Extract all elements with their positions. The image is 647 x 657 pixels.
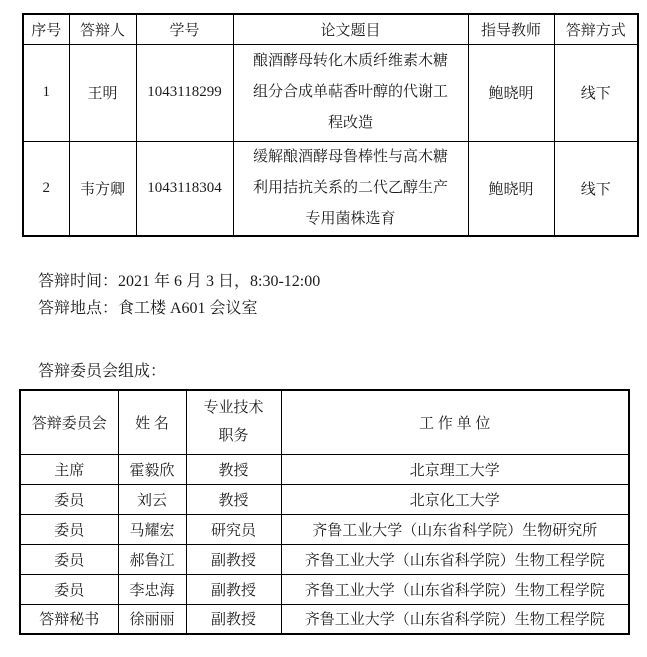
cell-work-unit: 齐鲁工业大学（山东省科学院）生物工程学院 [281, 544, 629, 574]
header-defender: 答辩人 [69, 14, 136, 44]
cell-defender: 王明 [69, 44, 136, 141]
header-student-id: 学号 [136, 14, 233, 44]
header-advisor: 指导教师 [468, 14, 554, 44]
cell-work-unit: 北京理工大学 [281, 454, 629, 484]
cell-name: 徐丽丽 [118, 604, 186, 634]
committee-row: 委员 郝鲁江 副教授 齐鲁工业大学（山东省科学院）生物工程学院 [20, 544, 629, 574]
document-page: 序号 答辩人 学号 论文题目 指导教师 答辩方式 1 王明 1043118299… [0, 0, 647, 657]
cell-thesis-title: 缓解酿酒酵母鲁棒性与高木糖利用拮抗关系的二代乙醇生产专用菌株选育 [233, 141, 468, 236]
cell-rank: 教授 [186, 484, 281, 514]
cell-name: 霍毅欣 [118, 454, 186, 484]
committee-row: 主席 霍毅欣 教授 北京理工大学 [20, 454, 629, 484]
committee-heading: 答辩委员会组成： [38, 363, 166, 381]
committee-row: 答辩秘书 徐丽丽 副教授 齐鲁工业大学（山东省科学院）生物工程学院 [20, 604, 629, 634]
cell-defense-mode: 线下 [554, 141, 638, 236]
header-thesis-title: 论文题目 [233, 14, 468, 44]
committee-row: 委员 马耀宏 研究员 齐鲁工业大学（山东省科学院）生物研究所 [20, 514, 629, 544]
cell-advisor: 鲍晓明 [468, 44, 554, 141]
header-serial: 序号 [23, 14, 69, 44]
cell-role: 委员 [20, 574, 118, 604]
cell-work-unit: 齐鲁工业大学（山东省科学院）生物工程学院 [281, 574, 629, 604]
cell-rank: 副教授 [186, 544, 281, 574]
cell-defender: 韦方卿 [69, 141, 136, 236]
header-member-name: 姓 名 [118, 390, 186, 454]
committee-row: 委员 刘云 教授 北京化工大学 [20, 484, 629, 514]
defense-location-line: 答辩地点：食工楼 A601 会议室 [38, 300, 258, 318]
cell-role: 主席 [20, 454, 118, 484]
cell-student-id: 1043118304 [136, 141, 233, 236]
schedule-header-row: 序号 答辩人 学号 论文题目 指导教师 答辩方式 [23, 14, 638, 44]
cell-serial: 2 [23, 141, 69, 236]
header-committee-role: 答辩委员会 [20, 390, 118, 454]
cell-rank: 副教授 [186, 604, 281, 634]
committee-header-row: 答辩委员会 姓 名 专业技术 职务 工 作 单 位 [20, 390, 629, 454]
cell-role: 委员 [20, 544, 118, 574]
cell-serial: 1 [23, 44, 69, 141]
cell-work-unit: 齐鲁工业大学（山东省科学院）生物工程学院 [281, 604, 629, 634]
cell-rank: 副教授 [186, 574, 281, 604]
header-defense-mode: 答辩方式 [554, 14, 638, 44]
cell-role: 委员 [20, 484, 118, 514]
cell-work-unit: 齐鲁工业大学（山东省科学院）生物研究所 [281, 514, 629, 544]
cell-name: 李忠海 [118, 574, 186, 604]
schedule-row: 2 韦方卿 1043118304 缓解酿酒酵母鲁棒性与高木糖利用拮抗关系的二代乙… [23, 141, 638, 236]
cell-rank: 教授 [186, 454, 281, 484]
cell-name: 郝鲁江 [118, 544, 186, 574]
defense-time-line: 答辩时间：2021 年 6 月 3 日，8:30-12:00 [38, 273, 320, 291]
cell-student-id: 1043118299 [136, 44, 233, 141]
defense-schedule-table: 序号 答辩人 学号 论文题目 指导教师 答辩方式 1 王明 1043118299… [22, 13, 639, 237]
cell-defense-mode: 线下 [554, 44, 638, 141]
cell-name: 马耀宏 [118, 514, 186, 544]
committee-table: 答辩委员会 姓 名 专业技术 职务 工 作 单 位 主席 霍毅欣 教授 北京理工… [19, 389, 630, 635]
schedule-row: 1 王明 1043118299 酿酒酵母转化木质纤维素木糖组分合成单萜香叶醇的代… [23, 44, 638, 141]
cell-advisor: 鲍晓明 [468, 141, 554, 236]
cell-role: 委员 [20, 514, 118, 544]
header-professional-rank: 专业技术 职务 [186, 390, 281, 454]
header-work-unit: 工 作 单 位 [281, 390, 629, 454]
cell-work-unit: 北京化工大学 [281, 484, 629, 514]
committee-row: 委员 李忠海 副教授 齐鲁工业大学（山东省科学院）生物工程学院 [20, 574, 629, 604]
cell-role: 答辩秘书 [20, 604, 118, 634]
cell-name: 刘云 [118, 484, 186, 514]
cell-rank: 研究员 [186, 514, 281, 544]
cell-thesis-title: 酿酒酵母转化木质纤维素木糖组分合成单萜香叶醇的代谢工程改造 [233, 44, 468, 141]
